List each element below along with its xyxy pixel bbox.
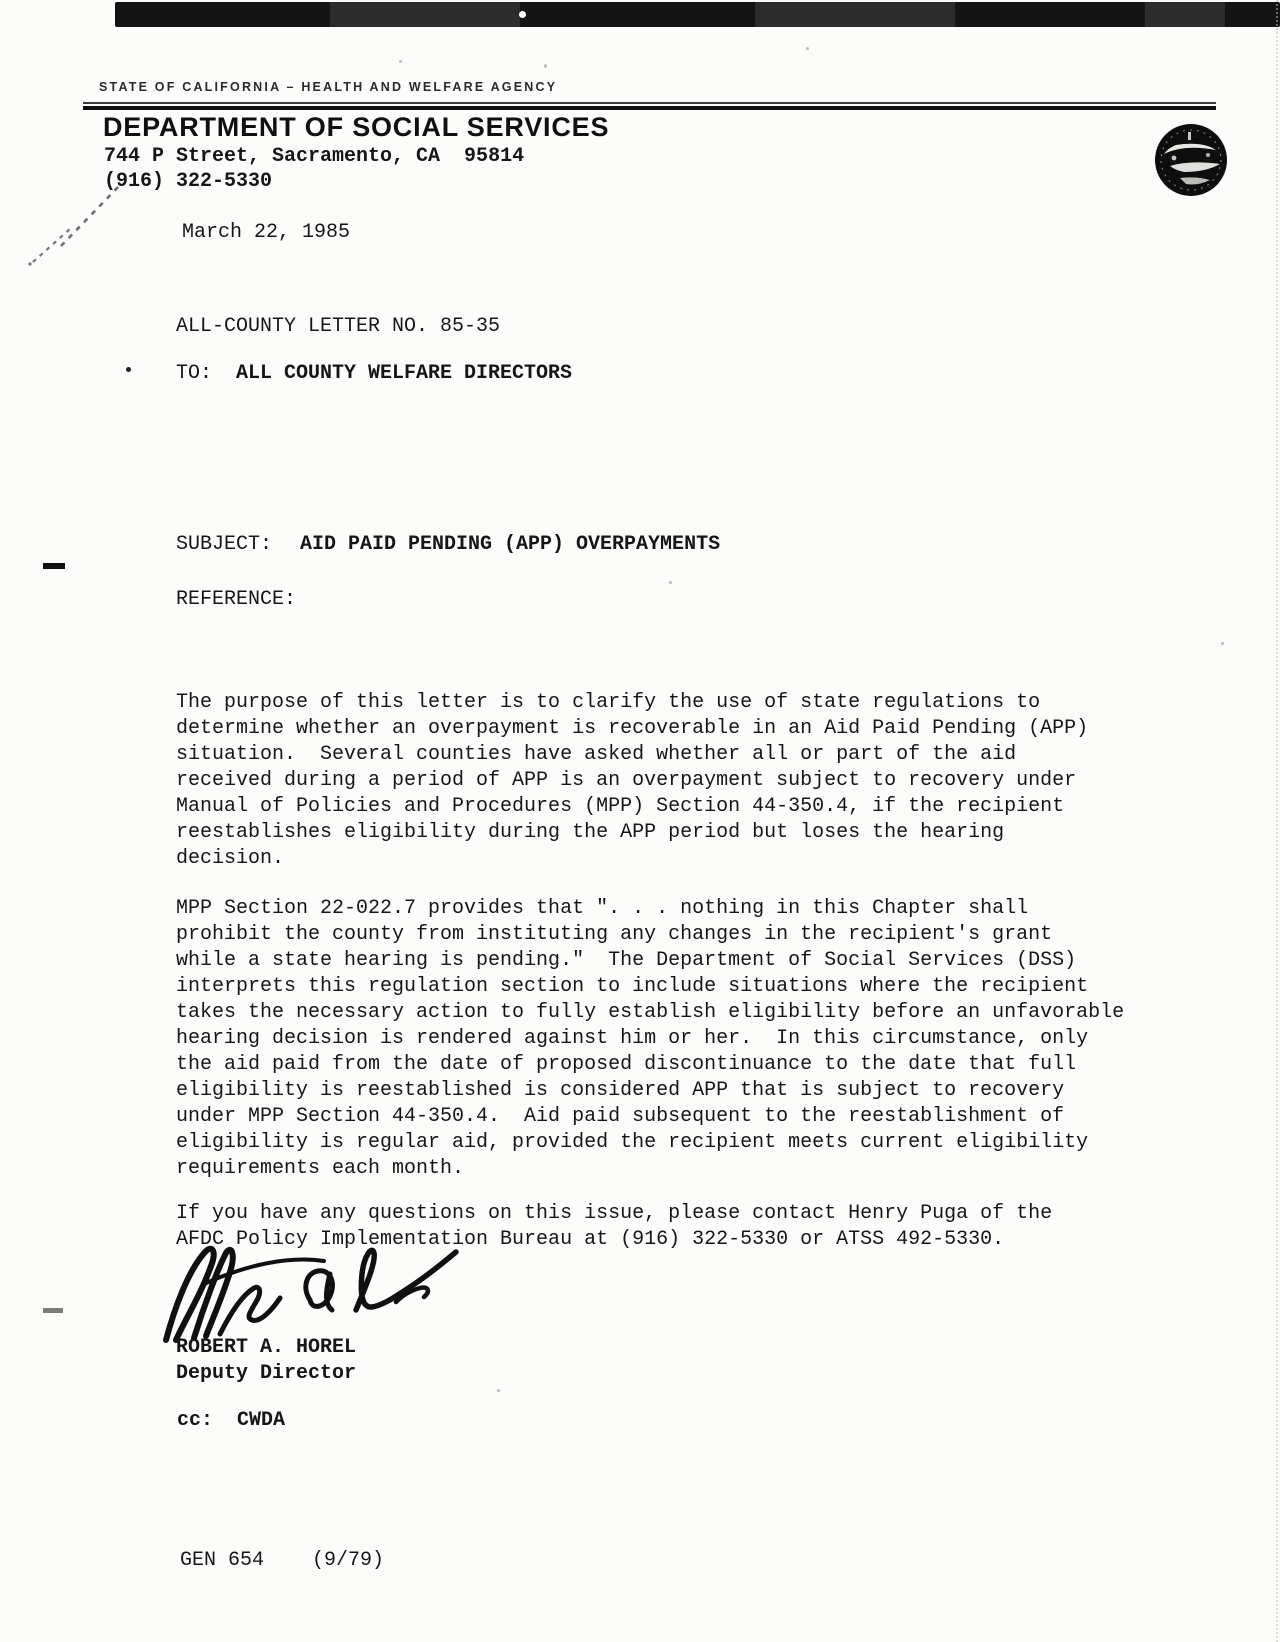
scan-bar-patch (755, 2, 955, 27)
subject-value: AID PAID PENDING (APP) OVERPAYMENTS (300, 532, 720, 558)
signer-title: Deputy Director (176, 1361, 356, 1387)
scan-speck (399, 60, 402, 63)
scan-edge-dots-artifact (1276, 0, 1278, 1642)
department-title: DEPARTMENT OF SOCIAL SERVICES (103, 112, 609, 143)
form-number: GEN 654 (9/79) (180, 1548, 384, 1574)
reference-label: REFERENCE: (176, 587, 296, 613)
subject-label: SUBJECT: (176, 532, 272, 558)
body-paragraph-2: MPP Section 22-022.7 provides that ". . … (176, 896, 1124, 1182)
scan-speck (669, 581, 672, 584)
phone-line: (916) 322-5330 (104, 169, 272, 195)
scan-speck (544, 64, 547, 68)
masthead-rule-top (83, 102, 1216, 104)
address-line: 744 P Street, Sacramento, CA 95814 (104, 144, 524, 170)
scan-speck (806, 47, 809, 50)
masthead-rule (83, 106, 1216, 110)
scan-speck (497, 1389, 500, 1392)
scan-bar-patch (1145, 2, 1225, 27)
scan-bar-speck (519, 11, 526, 18)
california-state-seal-icon (1150, 120, 1232, 202)
scanned-letter-page: STATE OF CALIFORNIA – HEALTH AND WELFARE… (0, 0, 1280, 1642)
scan-bar-patch (330, 2, 520, 27)
body-paragraph-1: The purpose of this letter is to clarify… (176, 690, 1088, 872)
signer-name: ROBERT A. HOREL (176, 1335, 356, 1361)
cc-line: cc: CWDA (177, 1408, 285, 1434)
scan-top-bar-artifact (115, 2, 1280, 27)
scan-speck (1221, 642, 1224, 645)
letter-number-line: ALL-COUNTY LETTER NO. 85-35 (176, 314, 500, 340)
to-value: ALL COUNTY WELFARE DIRECTORS (236, 361, 572, 387)
margin-bullet-artifact (126, 367, 131, 372)
agency-line: STATE OF CALIFORNIA – HEALTH AND WELFARE… (99, 80, 557, 94)
margin-dash-artifact (43, 1308, 63, 1313)
to-label: TO: (176, 361, 212, 387)
date-line: March 22, 1985 (182, 220, 350, 246)
handwritten-signature-icon (158, 1244, 470, 1346)
margin-dash-artifact (43, 563, 65, 569)
